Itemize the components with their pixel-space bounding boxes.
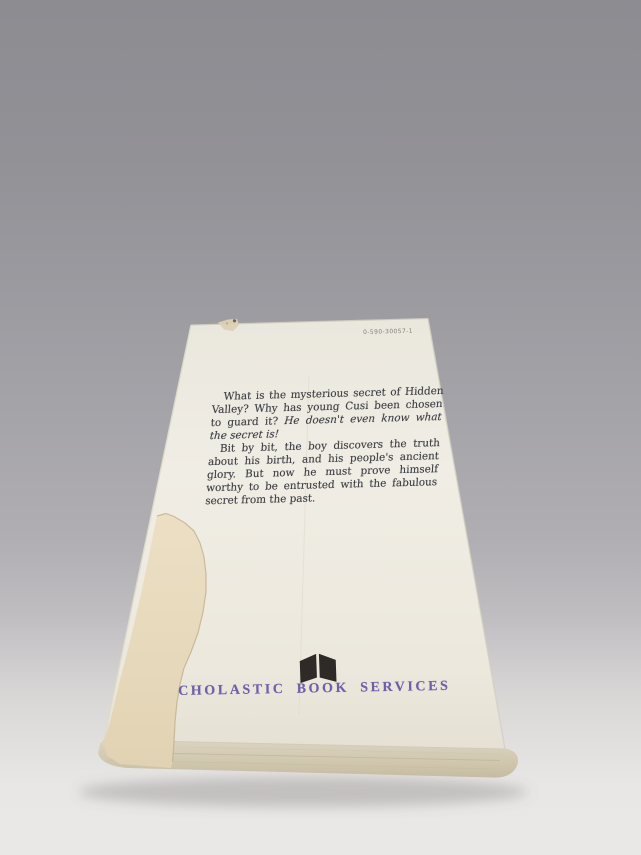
isbn-text: 0-590-30057-1 xyxy=(363,328,413,336)
photo-scene: 0-590-30057-1 What is the mysterious sec… xyxy=(0,0,641,855)
back-cover-blurb: What is the mysterious secret of Hidden … xyxy=(205,385,444,508)
open-book-icon xyxy=(297,651,338,684)
book-shadow xyxy=(78,777,528,807)
